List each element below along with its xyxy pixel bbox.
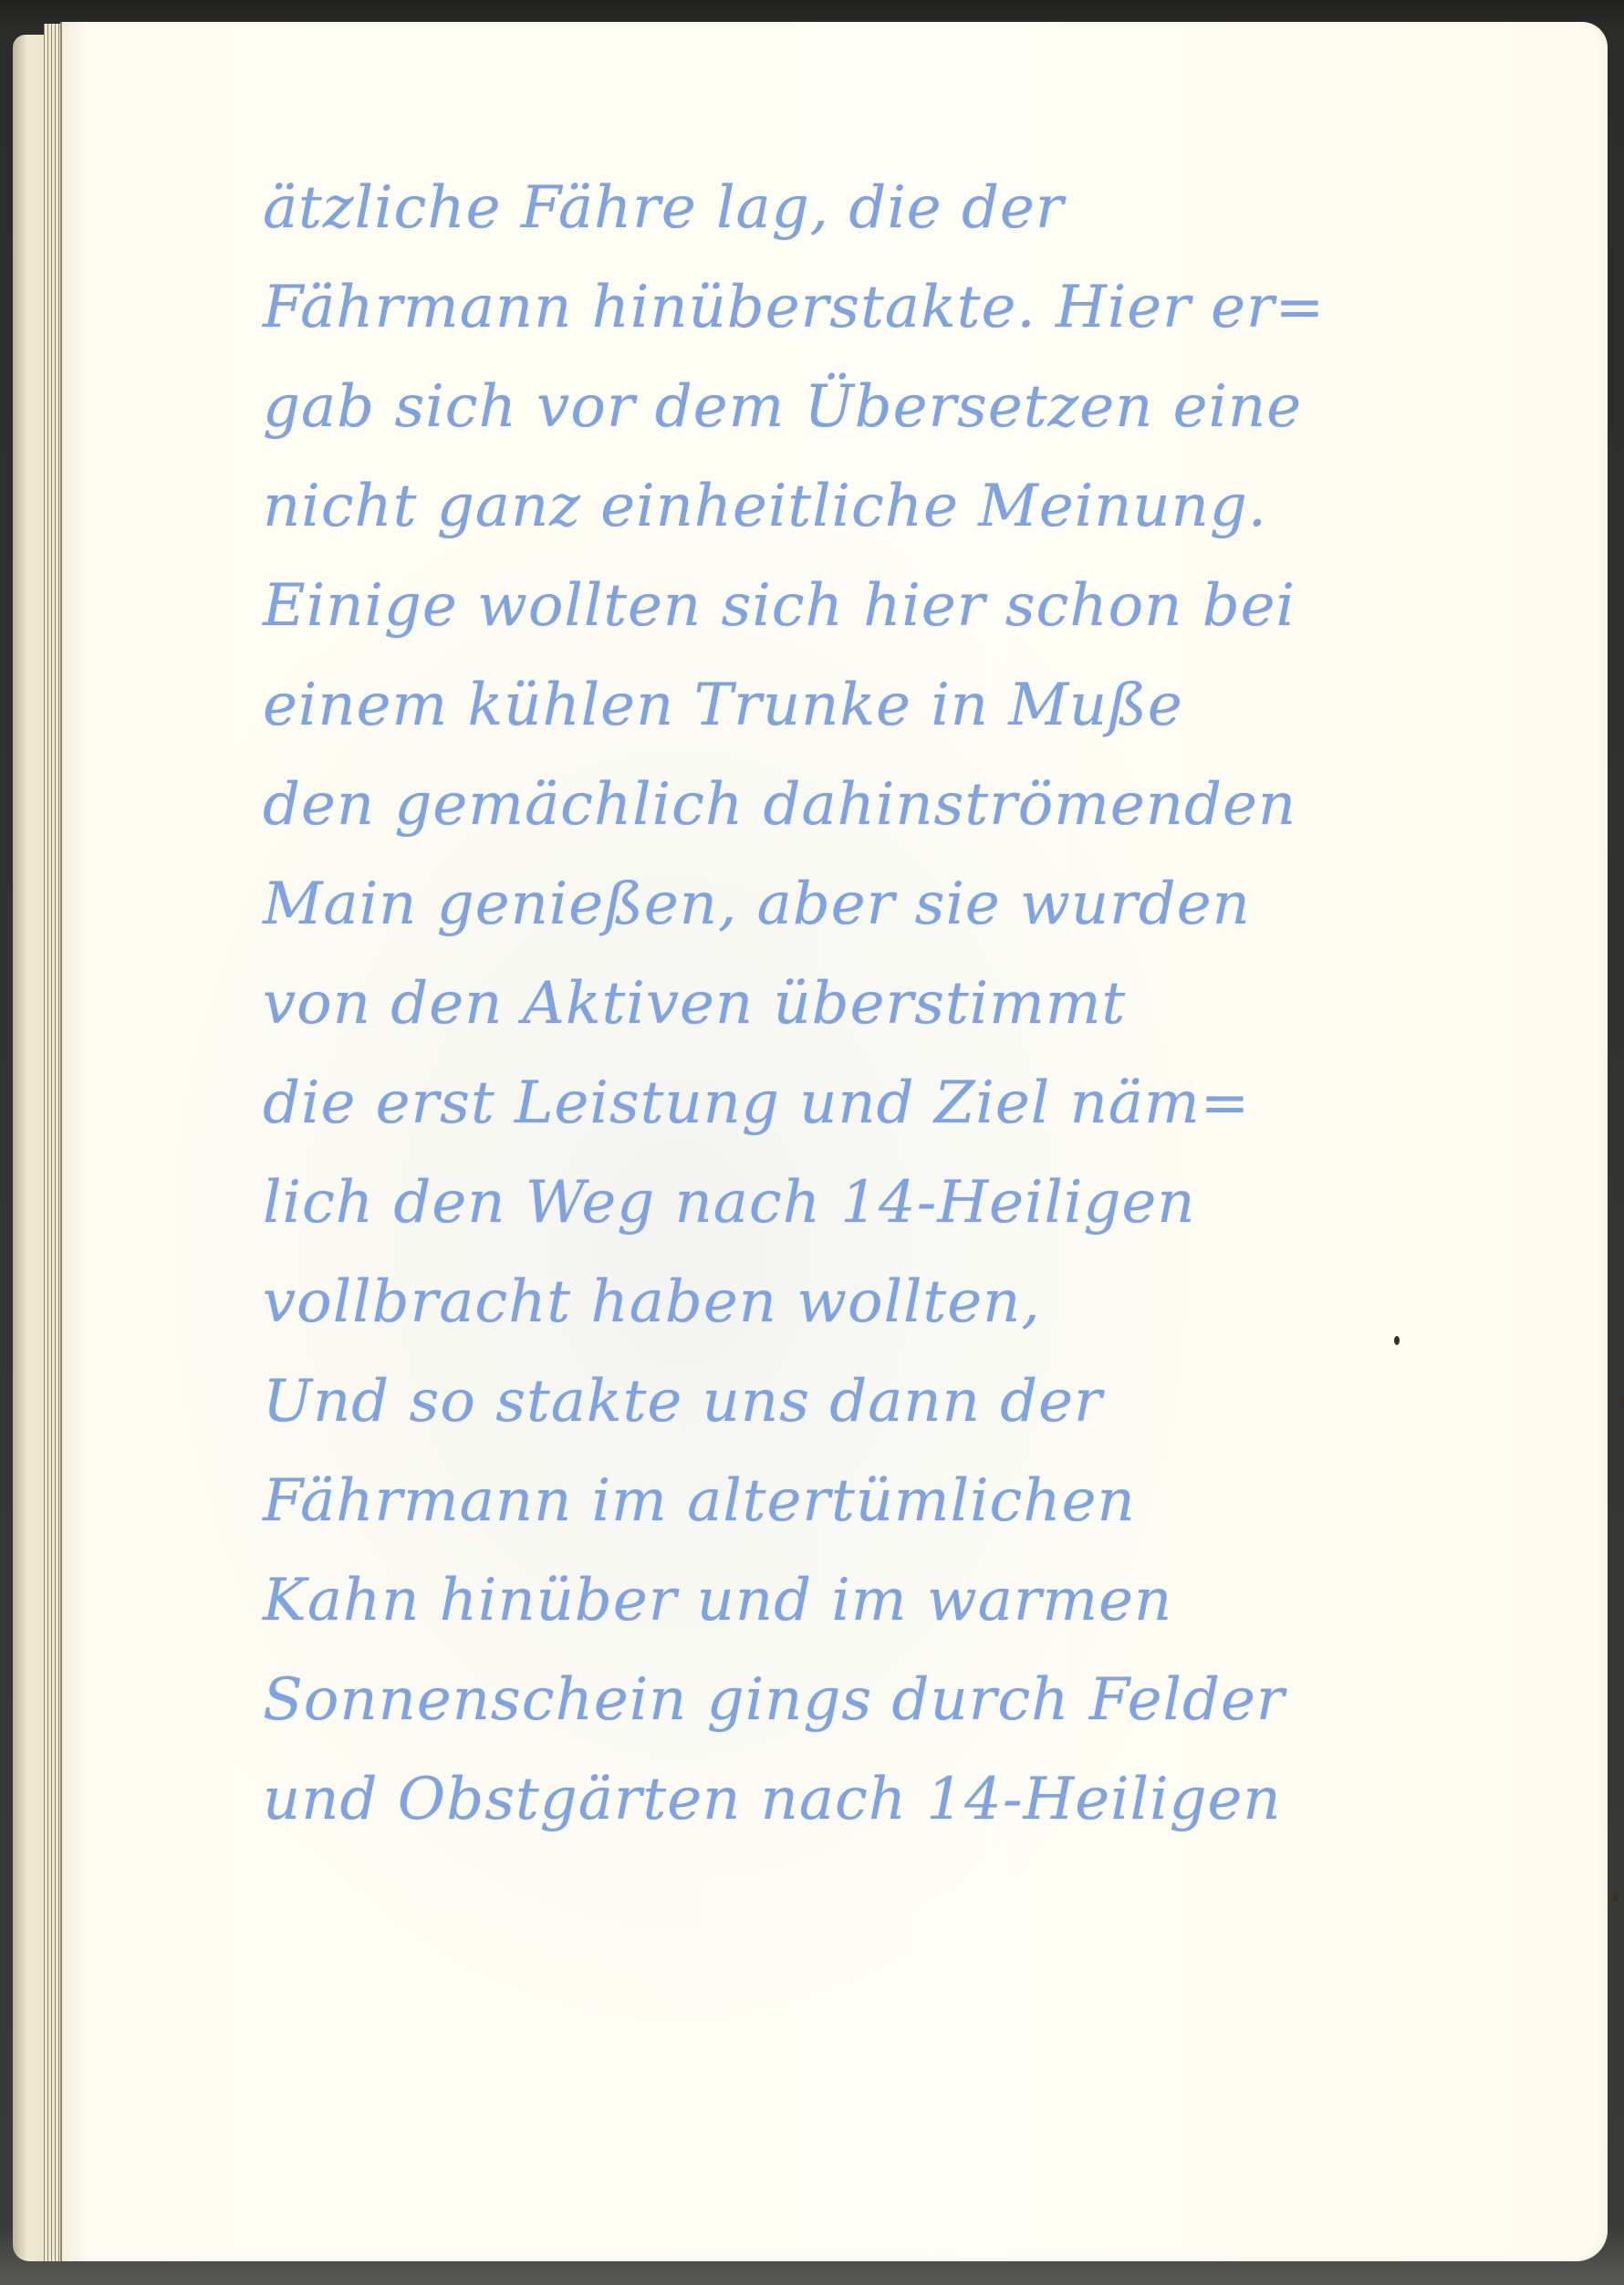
scanned-notebook: ätzliche Fähre lag, die der Fährmann hin…: [0, 0, 1624, 2285]
text-line-1: ätzliche Fähre lag, die der: [263, 159, 1595, 258]
text-line-9: von den Aktiven überstimmt: [263, 955, 1595, 1054]
text-line-14: Fährmann im altertümlichen: [263, 1452, 1595, 1551]
text-line-7: den gemächlich dahinströmenden: [263, 756, 1595, 855]
text-line-6: einem kühlen Trunke in Muße: [263, 656, 1595, 756]
handwritten-text: ätzliche Fähre lag, die der Fährmann hin…: [263, 159, 1595, 1850]
text-line-13: Und so stakte uns dann der: [263, 1352, 1595, 1452]
text-line-4: nicht ganz einheitliche Meinung.: [263, 457, 1595, 557]
ink-speck: [1613, 1893, 1619, 1902]
text-line-17: und Obstgärten nach 14-Heiligen: [263, 1750, 1595, 1850]
text-line-11: lich den Weg nach 14-Heiligen: [263, 1153, 1595, 1253]
ink-speck: [1620, 1398, 1624, 1407]
text-line-2: Fährmann hinüberstakte. Hier er=: [263, 258, 1595, 358]
text-line-16: Sonnenschein gings durch Felder: [263, 1651, 1595, 1750]
text-line-3: gab sich vor dem Übersetzen eine: [263, 358, 1595, 457]
text-line-5: Einige wollten sich hier schon bei: [263, 557, 1595, 656]
ink-speck: [1394, 1336, 1400, 1345]
text-line-8: Main genießen, aber sie wurden: [263, 855, 1595, 955]
notebook-page: ätzliche Fähre lag, die der Fährmann hin…: [60, 22, 1608, 2261]
text-line-15: Kahn hinüber und im warmen: [263, 1551, 1595, 1651]
text-line-10: die erst Leistung und Ziel näm=: [263, 1054, 1595, 1153]
